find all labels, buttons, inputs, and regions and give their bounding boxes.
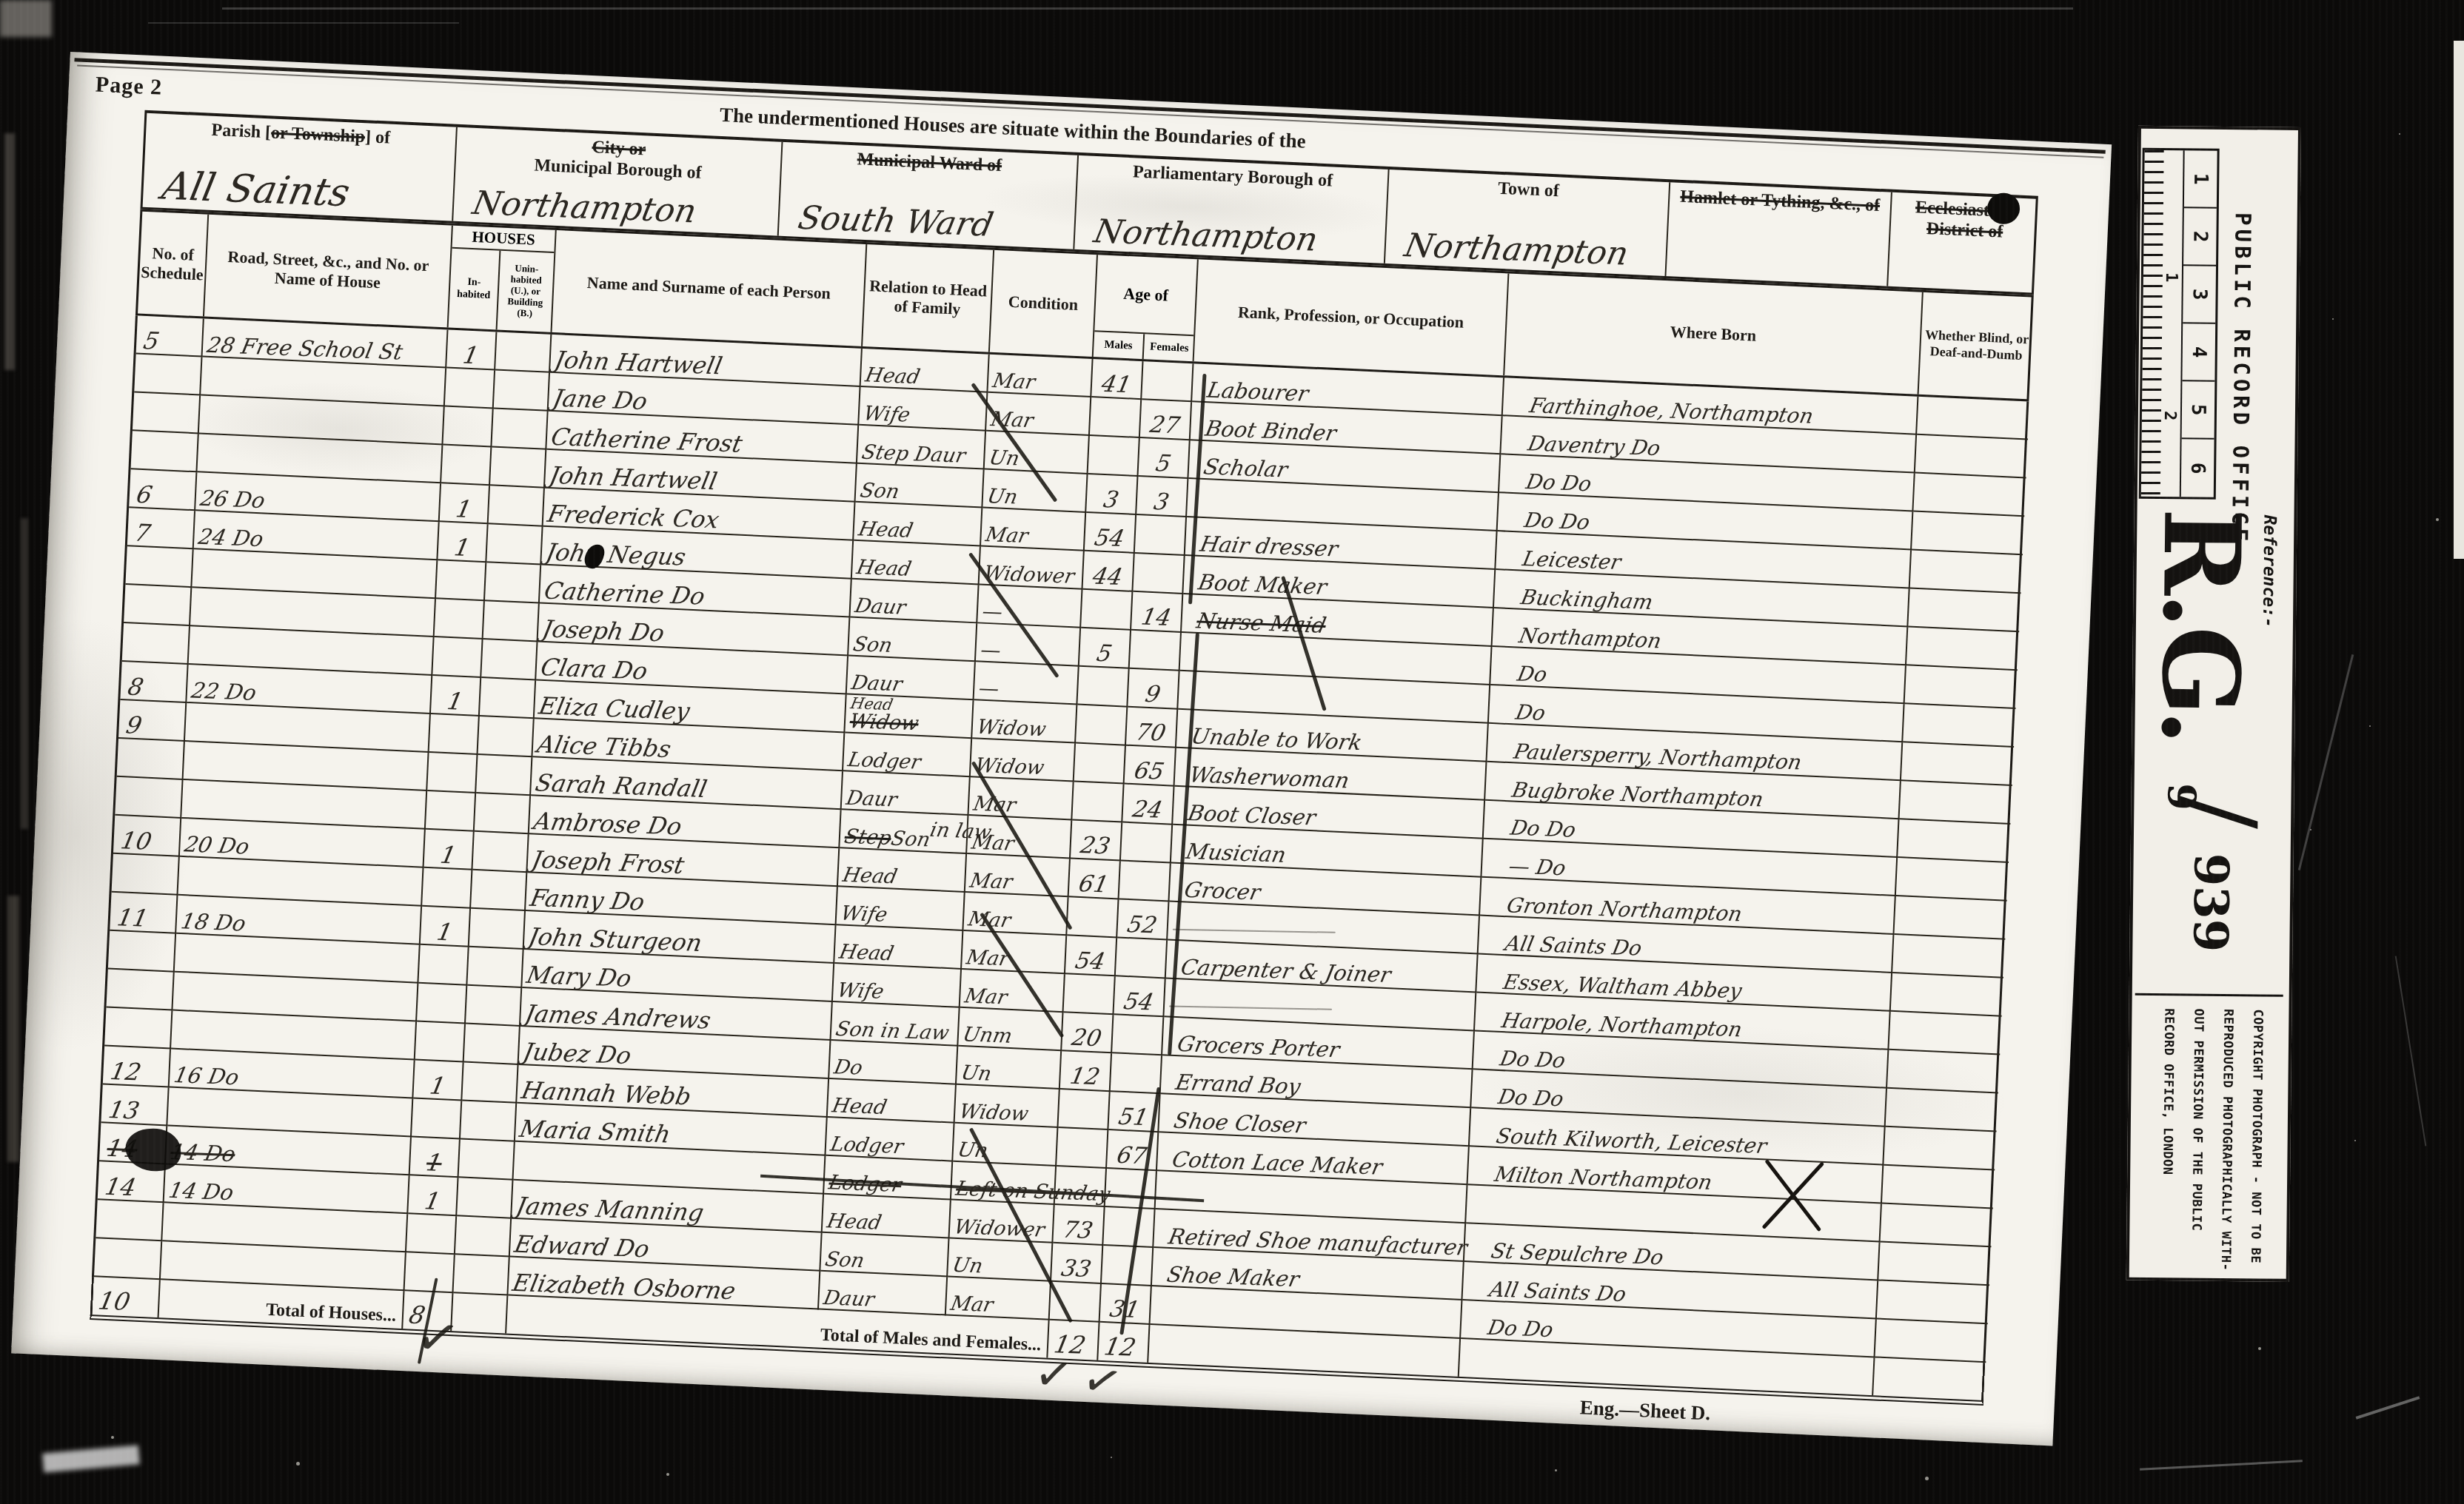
cell-age-male: 73 [1053,1205,1105,1246]
inch-number: 2 [2160,411,2179,421]
cell-schedule: 7 [127,508,195,549]
handwritten-entry: Daur [845,788,899,810]
cell-age-female [1121,823,1173,864]
cell-age-female [1135,515,1187,556]
district-town: Town of Northampton [1385,169,1670,276]
cell-condition: Mar [965,854,1071,897]
cell-inhabited [441,445,492,486]
handwritten-entry: — [979,640,1002,661]
cell-schedule [96,1200,164,1241]
cell-infirm [1878,1243,1991,1286]
handwritten-entry: 51 [1116,1106,1151,1129]
cell-condition: Widower [980,546,1085,589]
cell-inhabited [429,714,480,755]
schedule-count: 10 [96,1289,133,1314]
district-ward: Municipal Ward of South Ward [779,142,1079,249]
cell-infirm [1877,1280,1989,1324]
handwritten-entry: — [977,679,1001,699]
x-mark [1758,1149,1829,1241]
col-infirm: Whether Blind, or Deaf-and-Dumb [1919,292,2035,400]
handwritten-entry: Daur [822,1288,876,1309]
scan-speck [296,1462,300,1466]
handwritten-entry: Widow [974,756,1046,778]
cell-uninhabited [461,1101,517,1141]
cell-infirm [1901,742,2014,786]
cell-uninhabited [459,1139,515,1180]
cell-schedule: 8 [120,662,188,703]
cell-age-male: 20 [1062,1013,1114,1053]
handwritten-entry: Hannah Webb [520,1078,694,1109]
totals-margin-cell: 10 [93,1277,161,1317]
handwritten-entry: Head [841,865,899,887]
cell-relation: Daur [847,657,976,701]
cell-relation: Head [823,1195,951,1239]
parish-value: All Saints [159,167,353,212]
cell-relation: Wife [859,387,988,432]
handwritten-entry: Leicester [1499,548,1623,573]
cell-inhabited [422,868,472,909]
cell-relation: Head [854,503,982,547]
handwritten-entry: 54 [1122,990,1156,1014]
handwritten-entry: Un [988,448,1021,469]
cell-age-male [1067,897,1119,938]
handwritten-entry: Mar [971,794,1017,816]
handwritten-entry: Head [857,519,914,541]
handwritten-entry: Widow [975,717,1048,739]
cell-age-female [1111,1053,1162,1094]
cell-infirm [1882,1166,1995,1209]
cell-relation: HeadWidow [845,694,974,739]
cell-inhabited: 1 [446,330,497,371]
cell-infirm [1917,397,2029,440]
scan-speck [2369,725,2371,727]
copyright-line: OUT PERMISSION OF THE PUBLIC [2181,1008,2214,1275]
handwritten-entry: 1 [461,343,481,368]
handwritten-entry: Jane Do [551,386,649,414]
handwritten-entry: John Hartwell [553,348,725,377]
cell-condition: Left on Sunday [951,1162,1057,1205]
cell-age-male [1088,436,1140,477]
handwritten-entry: Mar [989,409,1035,431]
scan-speck [666,1473,669,1476]
cell-relation: Wife [833,964,962,1008]
cell-schedule [106,970,174,1011]
col-females: Females [1144,334,1195,361]
cell-age-female [1133,554,1185,594]
public-record-office-card: PUBLIC RECORD OFFICE 1 2 3 4 5 6 1 2 Ref… [2126,126,2301,1282]
scan-speck [1925,1477,1929,1480]
handwritten-entry: Hair dresser [1188,533,1339,560]
cell-condition: Mar [986,393,1091,436]
handwritten-entry: Edward Do [512,1232,652,1261]
card-divider-line [2135,993,2283,997]
ruler-number: 5 [2182,381,2215,439]
handwritten-entry: 13 [104,1098,141,1122]
col-occupation: Rank, Profession, or Occupation [1194,259,1510,375]
cell-schedule: 10 [113,816,181,857]
handwritten-entry: Head [864,366,922,388]
handwritten-entry: Mary Do [525,963,634,990]
cell-uninhabited [489,486,545,526]
cell-schedule [94,1238,162,1280]
scan-speck [1555,1469,1557,1471]
cell-condition: Widower [949,1201,1054,1243]
handwritten-entry: Errand Boy [1163,1071,1302,1098]
handwritten-entry [1160,1207,1171,1208]
cell-uninhabited [481,639,538,680]
cell-uninhabited [464,1024,520,1065]
cell-age-female: 52 [1117,899,1169,940]
struck-label-text: City or [592,138,646,159]
handwritten-entry: Grocer [1172,879,1262,903]
cell-condition: Mar [988,355,1093,397]
handwritten-entry: Un [956,1140,989,1161]
scan-speck [2354,1140,2356,1141]
cell-infirm [1892,935,2005,978]
cell-inhabited: 1 [431,676,481,716]
cell-inhabited [436,560,486,601]
cell-age-female [1142,361,1193,402]
handwritten-entry: Head [837,942,895,964]
ruler-number: 1 [2184,150,2217,208]
handwritten-entry: Sarah Randall [534,771,709,801]
cell-infirm [1887,1050,2000,1094]
ruler-numbers: 1 2 3 4 5 6 [2180,150,2217,497]
cell-age-female [1112,1015,1164,1055]
cell-age-male [1090,397,1142,438]
handwritten-entry: Nurse Maid [1185,610,1328,637]
col-born: Where Born [1504,273,1924,394]
handwritten-entry: Buckingham [1497,586,1655,613]
cell-relation: Head [834,925,963,970]
col-uninhabited: Unin-habited (U.), or Building (B.) [498,251,555,332]
scan-speck [2310,829,2311,830]
parliamentary-value: Northampton [1091,215,1320,256]
cell-uninhabited [475,793,531,834]
label-text: Municipal Borough of [534,155,702,182]
cell-uninhabited [472,832,529,873]
handwritten-entry: 7 [130,521,153,545]
handwritten-entry: Lodger [846,750,923,773]
col-inhabited: In-habited [449,249,501,330]
cell-schedule [115,777,183,819]
handwritten-entry: 20 [1070,1027,1104,1050]
handwritten-entry: 14 Do [167,1180,235,1203]
cell-relation: Daur [850,580,979,624]
handwritten-entry: 14 [100,1175,138,1199]
handwritten-entry: 24 Do [197,526,266,550]
handwritten-entry: Wife [840,904,889,925]
cell-schedule [125,546,193,588]
cell-infirm [1905,665,2018,709]
cell-condition: Widow [955,1085,1060,1128]
handwritten-entry: 9 [121,713,144,737]
cell-infirm [1896,858,2009,902]
cell-infirm [1899,781,2012,825]
handwritten-entry: 5 [138,329,161,353]
handwritten-entry: Do [1492,701,1547,723]
handwritten-entry: Son [851,634,894,656]
cell-uninhabited [490,447,546,488]
scan-speck [2332,318,2334,320]
col-males: Males [1094,332,1145,359]
cell-inhabited [445,368,495,409]
col-name: Name and Surname of each Person [552,230,867,346]
handwritten-entry: Son [823,1249,866,1271]
handwritten-entry: Ambrose Do [532,809,683,838]
handwritten-entry: Scholar [1191,456,1289,481]
handwritten-entry: Unm [961,1024,1014,1046]
cell-infirm [1912,512,2024,556]
ruler-scale: 1 2 3 4 5 6 1 2 [2139,148,2220,500]
handwritten-entry: Mar [949,1294,995,1315]
handwritten-entry: Wife [836,981,885,1002]
ward-value: South Ward [795,202,996,242]
sheet-footer: Eng.—Sheet D. [1579,1396,1710,1425]
cell-age-female: 5 [1138,438,1190,479]
cell-inhabited: 1 [413,1061,463,1101]
cell-uninhabited [492,409,548,449]
copyright-line: COPYRIGHT PHOTOGRAPH - NOT TO BE [2240,1009,2273,1275]
cell-uninhabited [462,1063,518,1104]
scan-artifact [42,1445,140,1472]
scan-artifact [148,22,459,24]
cell-age-female: 3 [1136,477,1188,517]
cell-schedule: 6 [129,469,197,511]
cell-relation: Daur [842,771,971,816]
cell-relation: Wife [837,887,965,931]
cell-uninhabited [469,909,526,950]
handwritten-entry: 23 [1079,834,1113,858]
handwritten-entry: Clara Do [539,655,650,682]
cell-schedule: 11 [110,893,178,934]
cell-age-male: 61 [1069,859,1121,899]
handwritten-entry: 1 [428,1074,448,1098]
cell-schedule: 5 [136,315,204,357]
scan-artifact [222,7,2073,10]
cell-condition: — [974,662,1079,705]
handwritten-entry: 52 [1125,913,1159,937]
handwritten-entry: Widow [958,1101,1031,1124]
cell-condition: Widow [971,739,1076,782]
cell-relation: Step Sonin law [840,810,968,854]
cell-inhabited: 1 [423,830,474,870]
cell-infirm [1894,896,2006,940]
cell-age-male: 3 [1086,474,1138,515]
cell-infirm [1891,973,2003,1017]
handwritten-entry: Wife [862,403,911,425]
handwritten-entry: 16 Do [173,1064,241,1088]
handwritten-entry: Do Do [1474,1086,1565,1109]
handwritten-entry: 20 Do [183,834,252,858]
handwritten-entry [1155,1323,1165,1323]
cell-age-male: 33 [1051,1243,1103,1284]
handwritten-entry: 24 [1131,798,1165,822]
scan-speck [2258,1347,2261,1350]
cell-uninhabited [485,563,541,603]
cell-infirm [1913,474,2026,517]
scan-artifact [7,896,19,1162]
cell-inhabited: 1 [438,522,488,563]
handwritten-entry: Alice Tibbs [535,732,673,761]
handwritten-entry: 1 [452,535,472,560]
handwritten-entry: Mar [966,910,1012,931]
handwritten-entry: 3 [1102,489,1121,512]
cell-uninhabited [453,1255,509,1295]
handwritten-entry: Do Do [1476,1047,1567,1071]
handwritten-entry: Boot Maker [1186,571,1328,598]
cell-condition: — [976,623,1081,666]
page-number-label: Page 2 [95,73,163,101]
cell-schedule: 12 [103,1046,171,1087]
cell-uninhabited [483,601,540,642]
cell-schedule [130,431,198,472]
scan-artifact [0,0,52,37]
scan-artifact [21,518,28,829]
cell-schedule: 13 [101,1084,169,1126]
handwritten-entry: Mar [963,986,1009,1007]
cell-infirm [1884,1127,1996,1171]
handwritten-entry: Mar [991,371,1037,392]
handwritten-entry [1470,1222,1493,1223]
col-age: Age of [1094,255,1196,335]
handwritten-entry: Widower [952,1217,1046,1240]
scan-speck [111,1436,114,1439]
census-form-paper: Page 2 The undermentioned Houses are sit… [11,52,2112,1446]
col-schedule: No. of Schedule [138,212,209,317]
handwritten-entry: Un [951,1255,984,1276]
faint-dash [1169,1006,1332,1010]
handwritten-entry: Mar [984,525,1030,546]
cell-schedule [133,392,201,434]
handwritten-entry: Do Do [1464,1317,1555,1340]
cell-uninhabited [478,716,534,757]
handwritten-entry: Mar [968,871,1014,893]
handwritten-entry: Do Do [1502,471,1593,494]
series-reference: R.G. [2146,508,2254,744]
scan-speck [2436,518,2439,521]
handwritten-entry: Mar [965,947,1011,969]
district-hamlet: Hamlet or Tything, &c., of [1666,182,1892,286]
handwritten-entry: 67 [1115,1144,1149,1168]
handwritten-entry: Joseph Do [540,617,666,645]
handwritten-entry: Son [889,829,931,850]
cell-inhabited [443,406,493,447]
handwritten-entry: 10 [116,828,154,853]
cell-condition: Mar [946,1277,1051,1320]
handwritten-entry: Son in Law [834,1019,951,1044]
handwritten-entry: 27 [1148,414,1182,437]
handwritten-entry: 33 [1059,1258,1094,1281]
handwritten-entry: 1 [424,1151,444,1175]
handwritten-entry: 5 [1095,642,1114,666]
cell-infirm [1898,819,2010,863]
cell-condition: Un [957,1047,1062,1090]
pro-office-label: PUBLIC RECORD OFFICE [2227,212,2256,545]
struck-label-text: Municipal Ward of [857,150,1002,175]
handwritten-entry: 14 [1139,606,1174,630]
cell-uninhabited [476,755,532,796]
cell-infirm [1908,588,2021,632]
cell-inhabited [418,945,469,986]
cell-age-male [1081,590,1133,631]
handwritten-entry: 6 [132,483,155,507]
cell-relation: Head [861,349,990,393]
cell-inhabited [415,1022,466,1063]
handwritten-entry: All Saints Do [1465,1278,1627,1305]
handwritten-entry: Boot Closer [1176,802,1318,829]
handwritten-entry: 73 [1061,1219,1095,1243]
cell-condition: Un [985,432,1090,474]
cell-inhabited [432,637,483,678]
scan-artifact [2298,654,2354,870]
handwritten-entry: 12 [105,1059,143,1084]
col-road: Road, Street, &c., and No. or Name of Ho… [204,215,453,328]
cell-infirm [1875,1319,1987,1363]
cell-relation: Step Daur [857,426,986,470]
cell-inhabited [406,1214,457,1255]
cell-relation: Daur [819,1272,948,1316]
cell-age-female: 14 [1131,592,1183,633]
ruler-number: 6 [2181,439,2214,497]
label-text: Town of [1498,179,1560,201]
cell-schedule [117,739,185,780]
copyright-notice: COPYRIGHT PHOTOGRAPH - NOT TO BE REPRODU… [2152,1008,2273,1276]
cell-age-female [1130,631,1182,671]
cell-inhabited: 1 [408,1175,458,1216]
handwritten-entry: Step [843,827,893,848]
handwritten-entry: Boot Binder [1193,417,1339,444]
handwritten-entry: 61 [1077,873,1111,896]
handwritten-entry: All Saints Do [1481,933,1643,959]
borough-value: Northampton [470,187,699,228]
cell-age-female: 27 [1140,400,1192,440]
scan-speck [1111,1457,1112,1458]
handwritten-entry: Daur [853,596,907,617]
cell-infirm [1910,551,2023,594]
cell-age-male [1063,974,1115,1015]
cell-uninhabited [457,1178,513,1218]
cell-age-male [1057,1128,1108,1169]
handwritten-entry: James Manning [515,1194,706,1224]
relation-correction: HeadWidow [849,696,920,734]
cell-inhabited [417,984,467,1024]
handwritten-entry: Grocers Porter [1165,1033,1342,1061]
census-rows: 528 Free School St1John HartwellHeadMar4… [92,315,2029,1363]
handwritten-entry: 9 [1143,683,1162,707]
handwritten-entry: Mar [970,833,1016,854]
cell-condition: — [977,585,1082,628]
scan-edge-sliver [2454,41,2464,559]
cell-age-female: 9 [1128,669,1179,710]
handwritten-entry: 70 [1134,722,1168,745]
handwritten-entry: Son [859,480,901,502]
handwritten-entry: 41 [1099,373,1134,397]
handwritten-entry: Eliza Cudley [537,694,692,723]
struck-label-text: or Township [271,123,366,147]
cell-age-male: 5 [1079,628,1131,669]
cell-uninhabited [466,986,522,1027]
cell-schedule [104,1008,173,1050]
faint-dash [1173,929,1336,933]
cell-age-female [1103,1207,1155,1248]
handwritten-entry: Musician [1174,840,1288,865]
handwritten-entry: James Andrews [523,1001,712,1032]
handwritten-entry: John Negus [544,540,688,569]
handwritten-entry: 22 Do [190,680,258,704]
cell-age-female [1116,938,1168,978]
handwritten-entry: 1 [445,689,465,714]
